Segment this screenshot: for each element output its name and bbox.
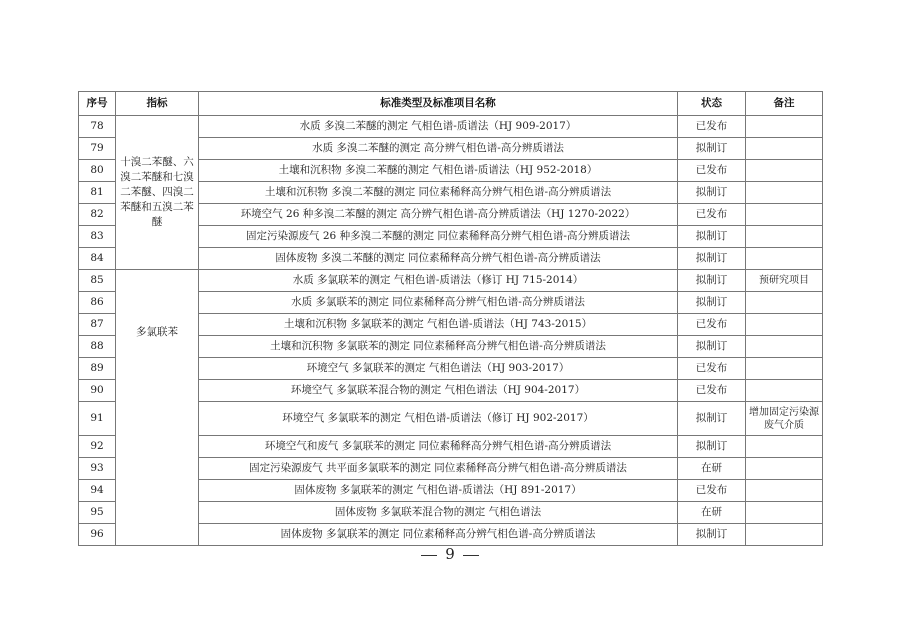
remark-cell <box>746 204 823 226</box>
row-no: 87 <box>79 314 116 336</box>
row-no: 80 <box>79 160 116 182</box>
remark-cell <box>746 524 823 546</box>
standard-name: 固体废物 多氯联苯混合物的测定 气相色谱法 <box>199 502 678 524</box>
row-no: 94 <box>79 480 116 502</box>
row-no: 83 <box>79 226 116 248</box>
row-no: 88 <box>79 336 116 358</box>
status-cell: 拟制订 <box>678 248 746 270</box>
table-row: 85 多氯联苯 水质 多氯联苯的测定 气相色谱-质谱法（修订 HJ 715-20… <box>79 270 823 292</box>
row-no: 90 <box>79 380 116 402</box>
row-no: 96 <box>79 524 116 546</box>
status-cell: 拟制订 <box>678 182 746 204</box>
row-no: 85 <box>79 270 116 292</box>
remark-cell <box>746 314 823 336</box>
row-no: 82 <box>79 204 116 226</box>
status-cell: 已发布 <box>678 116 746 138</box>
status-cell: 在研 <box>678 502 746 524</box>
row-no: 81 <box>79 182 116 204</box>
header-no: 序号 <box>79 92 116 116</box>
standard-name: 水质 多氯联苯的测定 气相色谱-质谱法（修订 HJ 715-2014） <box>199 270 678 292</box>
page-number: 9 <box>445 545 455 563</box>
remark-cell: 增加固定污染源废气介质 <box>746 402 823 436</box>
standard-name: 固体废物 多溴二苯醚的测定 同位素稀释高分辨气相色谱-高分辨质谱法 <box>199 248 678 270</box>
status-cell: 已发布 <box>678 314 746 336</box>
remark-cell <box>746 160 823 182</box>
status-cell: 拟制订 <box>678 524 746 546</box>
remark-cell <box>746 182 823 204</box>
standard-name: 固体废物 多氯联苯的测定 气相色谱-质谱法（HJ 891-2017） <box>199 480 678 502</box>
standard-name: 水质 多氯联苯的测定 同位素稀释高分辨气相色谱-高分辨质谱法 <box>199 292 678 314</box>
standard-name: 固定污染源废气 26 种多溴二苯醚的测定 同位素稀释高分辨气相色谱-高分辨质谱法 <box>199 226 678 248</box>
standard-name: 固体废物 多氯联苯的测定 同位素稀释高分辨气相色谱-高分辨质谱法 <box>199 524 678 546</box>
page-footer: 9 <box>0 545 900 563</box>
standard-name: 土壤和沉积物 多溴二苯醚的测定 同位素稀释高分辨气相色谱-高分辨质谱法 <box>199 182 678 204</box>
indicator-cell: 十溴二苯醚、六溴二苯醚和七溴二苯醚、四溴二苯醚和五溴二苯醚 <box>116 116 199 270</box>
document-page: 序号 指标 标准类型及标准项目名称 状态 备注 78 十溴二苯醚、六溴二苯醚和七… <box>0 0 900 636</box>
standard-name: 土壤和沉积物 多氯联苯的测定 同位素稀释高分辨气相色谱-高分辨质谱法 <box>199 336 678 358</box>
header-standard-name: 标准类型及标准项目名称 <box>199 92 678 116</box>
status-cell: 拟制订 <box>678 138 746 160</box>
status-cell: 已发布 <box>678 160 746 182</box>
status-cell: 在研 <box>678 458 746 480</box>
header-indicator: 指标 <box>116 92 199 116</box>
standard-name: 土壤和沉积物 多氯联苯的测定 气相色谱-质谱法（HJ 743-2015） <box>199 314 678 336</box>
remark-cell <box>746 116 823 138</box>
remark-cell <box>746 292 823 314</box>
standard-name: 环境空气和废气 多氯联苯的测定 同位素稀释高分辨气相色谱-高分辨质谱法 <box>199 436 678 458</box>
row-no: 92 <box>79 436 116 458</box>
table-row: 78 十溴二苯醚、六溴二苯醚和七溴二苯醚、四溴二苯醚和五溴二苯醚 水质 多溴二苯… <box>79 116 823 138</box>
row-no: 84 <box>79 248 116 270</box>
status-cell: 已发布 <box>678 380 746 402</box>
footer-dash-left <box>421 555 437 556</box>
header-status: 状态 <box>678 92 746 116</box>
remark-cell <box>746 226 823 248</box>
status-cell: 已发布 <box>678 480 746 502</box>
standard-name: 环境空气 多氯联苯的测定 气相色谱法（HJ 903-2017） <box>199 358 678 380</box>
row-no: 91 <box>79 402 116 436</box>
remark-cell <box>746 502 823 524</box>
table-header-row: 序号 指标 标准类型及标准项目名称 状态 备注 <box>79 92 823 116</box>
remark-cell <box>746 436 823 458</box>
status-cell: 拟制订 <box>678 336 746 358</box>
status-cell: 拟制订 <box>678 402 746 436</box>
remark-cell <box>746 358 823 380</box>
standard-name: 土壤和沉积物 多溴二苯醚的测定 气相色谱-质谱法（HJ 952-2018） <box>199 160 678 182</box>
indicator-label: 多氯联苯 <box>116 325 198 490</box>
status-cell: 拟制订 <box>678 436 746 458</box>
standards-table: 序号 指标 标准类型及标准项目名称 状态 备注 78 十溴二苯醚、六溴二苯醚和七… <box>78 91 823 546</box>
status-cell: 拟制订 <box>678 226 746 248</box>
remark-cell <box>746 458 823 480</box>
standard-name: 固定污染源废气 共平面多氯联苯的测定 同位素稀释高分辨气相色谱-高分辨质谱法 <box>199 458 678 480</box>
standard-name: 水质 多溴二苯醚的测定 高分辨气相色谱-高分辨质谱法 <box>199 138 678 160</box>
standard-name: 水质 多溴二苯醚的测定 气相色谱-质谱法（HJ 909-2017） <box>199 116 678 138</box>
status-cell: 拟制订 <box>678 270 746 292</box>
row-no: 93 <box>79 458 116 480</box>
footer-dash-right <box>463 555 479 556</box>
remark-cell: 预研究项目 <box>746 270 823 292</box>
remark-cell <box>746 480 823 502</box>
row-no: 86 <box>79 292 116 314</box>
standard-name: 环境空气 多氯联苯的测定 气相色谱-质谱法（修订 HJ 902-2017） <box>199 402 678 436</box>
indicator-cell: 多氯联苯 <box>116 270 199 546</box>
standard-name: 环境空气 多氯联苯混合物的测定 气相色谱法（HJ 904-2017） <box>199 380 678 402</box>
row-no: 95 <box>79 502 116 524</box>
remark-cell <box>746 248 823 270</box>
row-no: 79 <box>79 138 116 160</box>
status-cell: 已发布 <box>678 358 746 380</box>
row-no: 78 <box>79 116 116 138</box>
remark-cell <box>746 336 823 358</box>
status-cell: 已发布 <box>678 204 746 226</box>
standard-name: 环境空气 26 种多溴二苯醚的测定 高分辨气相色谱-高分辨质谱法（HJ 1270… <box>199 204 678 226</box>
status-cell: 拟制订 <box>678 292 746 314</box>
remark-cell <box>746 380 823 402</box>
remark-cell <box>746 138 823 160</box>
header-remark: 备注 <box>746 92 823 116</box>
row-no: 89 <box>79 358 116 380</box>
